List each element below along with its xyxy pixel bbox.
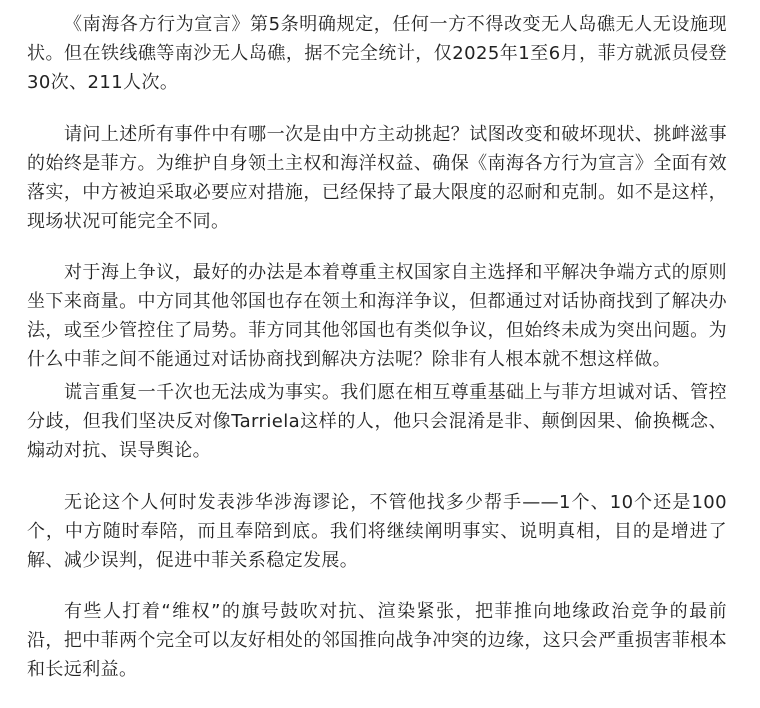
paragraph-4: 谎言重复一千次也无法成为事实。我们愿在相互尊重基础上与菲方坦诚对话、管控分歧，但… xyxy=(27,378,727,465)
paragraph-5: 无论这个人何时发表涉华涉海谬论，不管他找多少帮手——1个、10个还是100个，中… xyxy=(27,488,727,575)
paragraph-3: 对于海上争议，最好的办法是本着尊重主权国家自主选择和平解决争端方式的原则坐下来商… xyxy=(27,258,727,374)
paragraph-2: 请问上述所有事件中有哪一次是由中方主动挑起？试图改变和破坏现状、挑衅滋事的始终是… xyxy=(27,120,727,236)
paragraph-1: 《南海各方行为宣言》第5条明确规定，任何一方不得改变无人岛礁无人无设施现状。但在… xyxy=(27,10,727,97)
article-body: 《南海各方行为宣言》第5条明确规定，任何一方不得改变无人岛礁无人无设施现状。但在… xyxy=(0,0,760,708)
paragraph-6: 有些人打着“维权”的旗号鼓吹对抗、渲染紧张，把菲推向地缘政治竞争的最前沿，把中菲… xyxy=(27,597,727,684)
